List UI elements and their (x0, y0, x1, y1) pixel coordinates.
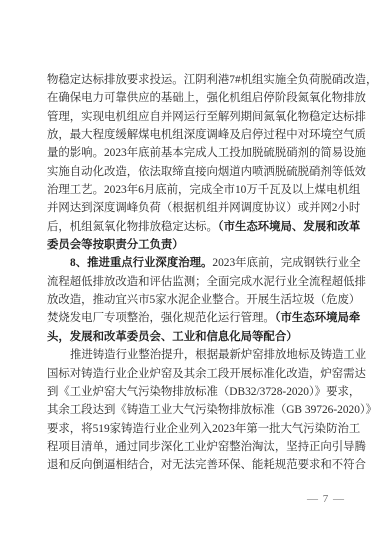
text-line: 实施自动化改造，依法取缔直接向烟道内喷洒脱硫脱硝剂等低效 (47, 163, 352, 181)
text-line: 国标对铸造行业企业炉窑及其余工段开展标准化改造，炉窑需达 (47, 365, 352, 383)
text-run: 国标对铸造行业企业炉窑及其余工段开展标准化改造，炉窑需达 (47, 368, 366, 380)
text-line: 并网达到深度调峰负荷（根据机组并网调度协议）或并网2小时 (47, 199, 352, 217)
text-line: 治理工艺。2023年6月底前，完成全市10万千瓦及以上煤电机组 (47, 181, 352, 199)
bold-text-run: （市生态环境局、发展和改革 (218, 221, 360, 233)
bold-text-run: （市生态环境局牵 (275, 312, 360, 324)
text-line: 后，机组氮氧化物排放稳定达标。（市生态环境局、发展和改革 (47, 218, 352, 236)
text-run: 流程超低排放改造和评估监测；全面完成水泥行业全流程超低排 (47, 276, 366, 288)
text-run: 2023年底前，完成钢铁行业全 (212, 257, 360, 269)
text-run: 放，最大程度缓解煤电机组深度调峰及启停过程中对环境空气质 (47, 129, 366, 141)
text-line: 放改造，推动宜兴市5家水泥企业整合。开展生活垃圾（危废） (47, 291, 352, 309)
text-line: 物稳定达标排放要求投运。江阴利港7#机组实施全负荷脱硝改造， (47, 71, 352, 89)
text-run: 量的影响。2023年底前基本完成人工投加脱硫脱硝剂的简易设施 (47, 147, 366, 159)
text-run: 到《工业炉窑大气污染物排放标准（DB32/3728-2020）》要求， (47, 386, 360, 398)
text-run: 要求，将519家铸造行业企业列入2023年第一批大气污染防治工 (47, 423, 360, 435)
text-run: 管理，实现电机组应自并网运行至解列期间氮氧化物稳定达标排 (47, 111, 366, 123)
text-run: 其余工段达到《铸造工业大气污染物排放标准（GB 39726-2020）》 (47, 404, 377, 416)
text-run: 程项目清单，通过同步深化工业炉窑整治淘汰，坚持正向引导腾 (47, 441, 366, 453)
text-line: 程项目清单，通过同步深化工业炉窑整治淘汰，坚持正向引导腾 (47, 438, 352, 456)
text-line: 退和反向倒逼相结合，对无法完善环保、能耗规范要求和不符合 (47, 456, 352, 474)
text-line: 管理，实现电机组应自并网运行至解列期间氮氧化物稳定达标排 (47, 108, 352, 126)
bold-text-run: 8、推进重点行业深度治理。 (70, 257, 212, 269)
text-run: 焚烧发电厂专项整治，强化规范化运行管理。 (47, 312, 275, 324)
text-line: 到《工业炉窑大气污染物排放标准（DB32/3728-2020）》要求， (47, 383, 352, 401)
text-run: 治理工艺。2023年6月底前，完成全市10万千瓦及以上煤电机组 (47, 184, 360, 196)
text-run: 退和反向倒逼相结合，对无法完善环保、能耗规范要求和不符合 (47, 459, 366, 471)
text-line: 流程超低排放改造和评估监测；全面完成水泥行业全流程超低排 (47, 273, 352, 291)
bold-text-run: 委员会等按职责分工负责） (47, 239, 184, 251)
text-run: 在确保电力可靠供应的基础上，强化机组启停阶段氮氧化物排放 (47, 92, 366, 104)
text-line: 其余工段达到《铸造工业大气污染物排放标准（GB 39726-2020）》 (47, 401, 352, 419)
text-run: 并网达到深度调峰负荷（根据机组并网调度协议）或并网2小时 (47, 202, 360, 214)
document-page: 物稳定达标排放要求投运。江阴利港7#机组实施全负荷脱硝改造，在确保电力可靠供应的… (0, 0, 390, 551)
text-run: 实施自动化改造，依法取缔直接向烟道内喷洒脱硫脱硝剂等低效 (47, 166, 366, 178)
text-run: 物稳定达标排放要求投运。江阴利港7#机组实施全负荷脱硝改造， (47, 74, 377, 86)
text-line: 8、推进重点行业深度治理。2023年底前，完成钢铁行业全 (47, 254, 352, 272)
text-line: 量的影响。2023年底前基本完成人工投加脱硫脱硝剂的简易设施 (47, 144, 352, 162)
text-line: 头，发展和改革委员会、工业和信息化局等配合） (47, 328, 352, 346)
bold-text-run: 头，发展和改革委员会、工业和信息化局等配合） (47, 331, 298, 343)
text-run: 放改造，推动宜兴市5家水泥企业整合。开展生活垃圾（危废） (47, 294, 360, 306)
text-line: 在确保电力可靠供应的基础上，强化机组启停阶段氮氧化物排放 (47, 89, 352, 107)
document-text-block: 物稳定达标排放要求投运。江阴利港7#机组实施全负荷脱硝改造，在确保电力可靠供应的… (47, 71, 352, 475)
text-run: 后，机组氮氧化物排放稳定达标。 (47, 221, 218, 233)
text-line: 放，最大程度缓解煤电机组深度调峰及启停过程中对环境空气质 (47, 126, 352, 144)
text-line: 推进铸造行业整治提升，根据最新炉窑排放地标及铸造工业 (47, 346, 352, 364)
text-line: 要求，将519家铸造行业企业列入2023年第一批大气污染防治工 (47, 420, 352, 438)
page-number: — 7 — (307, 492, 345, 506)
text-run: 推进铸造行业整治提升，根据最新炉窑排放地标及铸造工业 (70, 349, 366, 361)
text-line: 委员会等按职责分工负责） (47, 236, 352, 254)
text-line: 焚烧发电厂专项整治，强化规范化运行管理。（市生态环境局牵 (47, 309, 352, 327)
